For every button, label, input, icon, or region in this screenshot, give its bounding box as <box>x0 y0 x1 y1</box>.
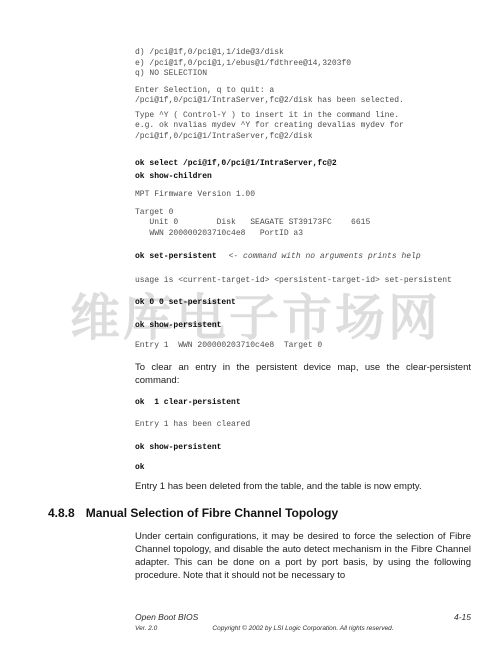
command-annotation: <- command with no arguments prints help <box>229 252 421 261</box>
console-select-commands: ok select /pci@1f,0/pci@1/IntraServer,fc… <box>135 157 471 183</box>
console-insert-hint: Type ^Y ( Control-Y ) to insert it in th… <box>135 111 471 143</box>
console-line: /pci@1f,0/pci@1/IntraServer,fc@2/disk ha… <box>135 96 471 107</box>
console-line: e) /pci@1f,0/pci@1,1/ebus@1/fdthree@14,3… <box>135 59 471 70</box>
page-footer: Open Boot BIOS 4-15 Ver. 2.0 Copyright ©… <box>135 612 471 633</box>
deleted-paragraph: Entry 1 has been deleted from the table,… <box>135 480 471 493</box>
console-ok-prompt: ok <box>135 461 471 474</box>
console-usage: usage is <current-target-id> <persistent… <box>135 276 471 287</box>
command-line: ok <box>135 461 471 474</box>
console-line: MPT Firmware Version 1.00 <box>135 190 471 201</box>
console-line: Unit 0 Disk SEAGATE ST39173FC 6615 <box>135 218 471 229</box>
command-line: ok 1 clear-persistent <box>135 396 471 409</box>
console-line: Enter Selection, q to quit: a <box>135 86 471 97</box>
console-line: d) /pci@1f,0/pci@1,1/ide@3/disk <box>135 48 471 59</box>
footer-doc-title: Open Boot BIOS <box>135 612 198 623</box>
clear-paragraph: To clear an entry in the persistent devi… <box>135 361 471 387</box>
section-heading: 4.8.8 Manual Selection of Fibre Channel … <box>48 506 471 521</box>
console-line: q) NO SELECTION <box>135 69 471 80</box>
footer-version: Ver. 2.0 <box>135 625 157 632</box>
console-line: Entry 1 WWN 200000203710c4e8 Target 0 <box>135 341 471 352</box>
document-page: 维库电子市场网 d) /pci@1f,0/pci@1,1/ide@3/disk … <box>0 0 504 648</box>
command-line: ok show-persistent <box>135 319 471 332</box>
console-line: usage is <current-target-id> <persistent… <box>135 276 471 287</box>
section-title: Manual Selection of Fibre Channel Topolo… <box>86 506 338 521</box>
console-target-info: Target 0 Unit 0 Disk SEAGATE ST39173FC 6… <box>135 208 471 240</box>
console-show-persistent-1: ok show-persistent <box>135 319 471 332</box>
footer-title-row: Open Boot BIOS 4-15 <box>135 612 471 623</box>
console-selection-result: Enter Selection, q to quit: a /pci@1f,0/… <box>135 86 471 107</box>
console-set-persistent: ok set-persistent<- command with no argu… <box>135 250 471 263</box>
console-set-persistent-00: ok 0 0 set-persistent <box>135 296 471 309</box>
command-text: ok set-persistent <box>135 252 217 261</box>
console-entry-line: Entry 1 WWN 200000203710c4e8 Target 0 <box>135 341 471 352</box>
console-line: WWN 200000203710c4e8 PortID a3 <box>135 229 471 240</box>
console-line: Type ^Y ( Control-Y ) to insert it in th… <box>135 111 471 122</box>
console-line: Target 0 <box>135 208 471 219</box>
command-line: ok set-persistent<- command with no argu… <box>135 250 471 263</box>
page-content: d) /pci@1f,0/pci@1,1/ide@3/disk e) /pci@… <box>48 48 471 582</box>
console-device-menu: d) /pci@1f,0/pci@1,1/ide@3/disk e) /pci@… <box>135 48 471 80</box>
footer-copyright-row: Ver. 2.0 Copyright © 2002 by LSI Logic C… <box>135 624 471 633</box>
section-paragraph: Under certain configurations, it may be … <box>135 530 471 582</box>
command-line: ok show-children <box>135 170 471 183</box>
console-clear-persistent: ok 1 clear-persistent <box>135 396 471 409</box>
console-mpt-version: MPT Firmware Version 1.00 <box>135 190 471 201</box>
footer-page-number: 4-15 <box>454 612 471 623</box>
console-line: /pci@1f,0/pci@1/IntraServer,fc@2/disk <box>135 132 471 143</box>
command-line: ok show-persistent <box>135 441 471 454</box>
console-entry-cleared: Entry 1 has been cleared <box>135 420 471 431</box>
console-line: Entry 1 has been cleared <box>135 420 471 431</box>
console-show-persistent-2: ok show-persistent <box>135 441 471 454</box>
command-line: ok 0 0 set-persistent <box>135 296 471 309</box>
console-line: e.g. ok nvalias mydev ^Y for creating de… <box>135 121 471 132</box>
command-line: ok select /pci@1f,0/pci@1/IntraServer,fc… <box>135 157 471 170</box>
footer-copyright: Copyright © 2002 by LSI Logic Corporatio… <box>212 624 393 633</box>
section-number: 4.8.8 <box>48 506 75 521</box>
